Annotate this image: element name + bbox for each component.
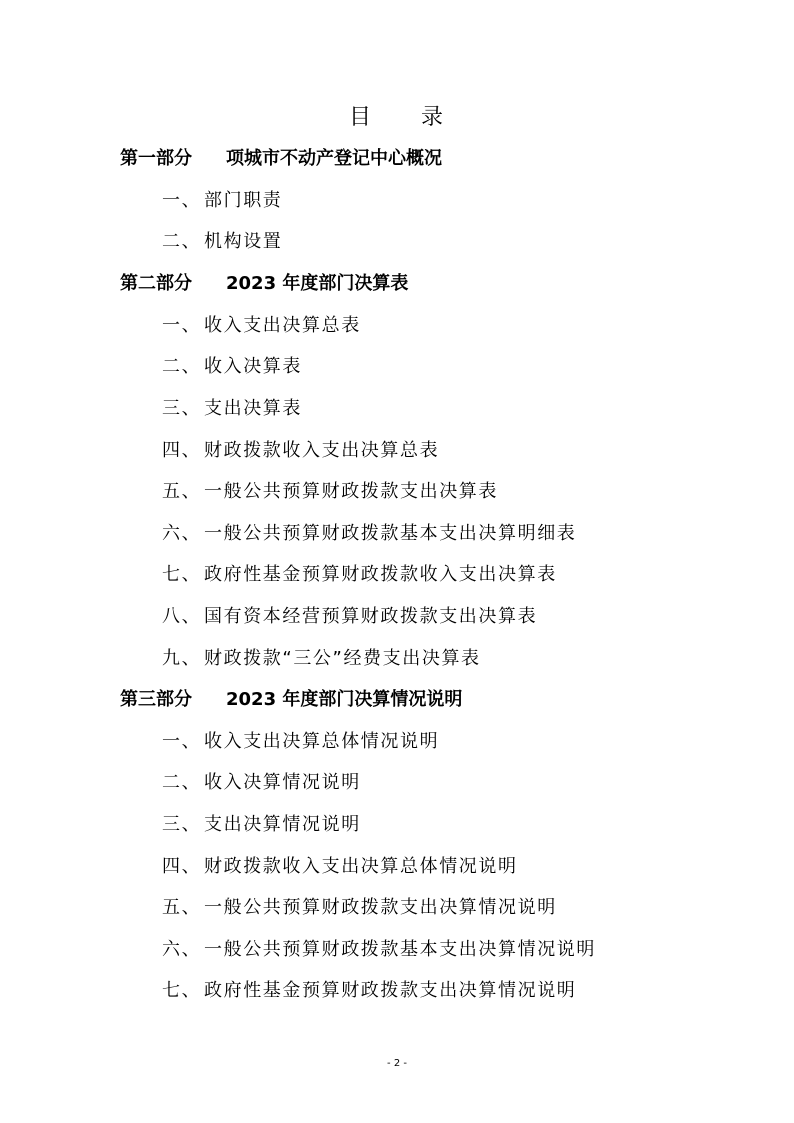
item-text: 收入支出决算总体情况说明: [204, 731, 439, 752]
item-text: 一般公共预算财政拨款支出决算情况说明: [204, 897, 557, 918]
toc-title: 目录: [0, 100, 794, 131]
item-text: 机构设置: [204, 231, 282, 252]
toc-item[interactable]: 五、一般公共预算财政拨款支出决算表: [162, 479, 498, 505]
item-text: 一般公共预算财政拨款基本支出决算明细表: [204, 523, 576, 544]
toc-item[interactable]: 八、国有资本经营预算财政拨款支出决算表: [162, 604, 537, 630]
item-text: 国有资本经营预算财政拨款支出决算表: [204, 606, 537, 627]
page-number: - 2 -: [0, 1058, 794, 1069]
item-ordinal: 三、: [162, 812, 204, 838]
item-text: 政府性基金预算财政拨款支出决算情况说明: [204, 980, 576, 1001]
item-text: 一般公共预算财政拨款支出决算表: [204, 481, 498, 502]
item-ordinal: 七、: [162, 562, 204, 588]
item-ordinal: 九、: [162, 646, 204, 672]
item-ordinal: 六、: [162, 521, 204, 547]
item-ordinal: 一、: [162, 313, 204, 339]
toc-item[interactable]: 四、财政拨款收入支出决算总体情况说明: [162, 854, 518, 880]
part-label: 第一部分: [120, 146, 220, 172]
toc-item[interactable]: 一、收入支出决算总体情况说明: [162, 729, 439, 755]
toc-part-3[interactable]: 第三部分2023 年度部门决算情况说明: [120, 687, 462, 713]
toc-item[interactable]: 六、一般公共预算财政拨款基本支出决算明细表: [162, 521, 576, 547]
item-ordinal: 一、: [162, 729, 204, 755]
part-title: 2023 年度部门决算情况说明: [226, 689, 462, 710]
item-text: 财政拨款“三公”经费支出决算表: [204, 648, 481, 669]
item-text: 一般公共预算财政拨款基本支出决算情况说明: [204, 939, 596, 960]
toc-item[interactable]: 七、政府性基金预算财政拨款支出决算情况说明: [162, 978, 576, 1004]
toc-item[interactable]: 二、机构设置: [162, 229, 282, 255]
item-ordinal: 五、: [162, 479, 204, 505]
item-text: 部门职责: [204, 190, 282, 211]
item-ordinal: 七、: [162, 978, 204, 1004]
part-label: 第三部分: [120, 687, 220, 713]
item-ordinal: 二、: [162, 229, 204, 255]
part-label: 第二部分: [120, 271, 220, 297]
item-ordinal: 二、: [162, 354, 204, 380]
item-ordinal: 八、: [162, 604, 204, 630]
toc-title-right: 录: [421, 100, 445, 131]
item-ordinal: 五、: [162, 895, 204, 921]
item-text: 支出决算情况说明: [204, 814, 361, 835]
item-ordinal: 三、: [162, 396, 204, 422]
toc-item[interactable]: 七、政府性基金预算财政拨款收入支出决算表: [162, 562, 557, 588]
toc-title-left: 目: [349, 100, 373, 131]
item-ordinal: 二、: [162, 770, 204, 796]
part-title: 项城市不动产登记中心概况: [226, 148, 442, 169]
toc-item[interactable]: 二、收入决算情况说明: [162, 770, 361, 796]
item-text: 政府性基金预算财政拨款收入支出决算表: [204, 564, 557, 585]
toc-item[interactable]: 一、部门职责: [162, 188, 282, 214]
toc-item[interactable]: 三、支出决算情况说明: [162, 812, 361, 838]
toc-item[interactable]: 三、支出决算表: [162, 396, 302, 422]
item-ordinal: 四、: [162, 438, 204, 464]
toc-item[interactable]: 九、财政拨款“三公”经费支出决算表: [162, 646, 481, 672]
toc-part-2[interactable]: 第二部分2023 年度部门决算表: [120, 271, 408, 297]
item-text: 支出决算表: [204, 398, 302, 419]
toc-part-1[interactable]: 第一部分项城市不动产登记中心概况: [120, 146, 442, 172]
toc-item[interactable]: 六、一般公共预算财政拨款基本支出决算情况说明: [162, 937, 596, 963]
toc-item[interactable]: 二、收入决算表: [162, 354, 302, 380]
toc-item[interactable]: 五、一般公共预算财政拨款支出决算情况说明: [162, 895, 557, 921]
item-text: 收入支出决算总表: [204, 315, 361, 336]
toc-item[interactable]: 一、收入支出决算总表: [162, 313, 361, 339]
item-ordinal: 四、: [162, 854, 204, 880]
item-ordinal: 一、: [162, 188, 204, 214]
item-text: 财政拨款收入支出决算总表: [204, 440, 439, 461]
toc-item[interactable]: 四、财政拨款收入支出决算总表: [162, 438, 439, 464]
item-text: 收入决算情况说明: [204, 772, 361, 793]
item-text: 收入决算表: [204, 356, 302, 377]
item-ordinal: 六、: [162, 937, 204, 963]
item-text: 财政拨款收入支出决算总体情况说明: [204, 856, 518, 877]
part-title: 2023 年度部门决算表: [226, 273, 408, 294]
